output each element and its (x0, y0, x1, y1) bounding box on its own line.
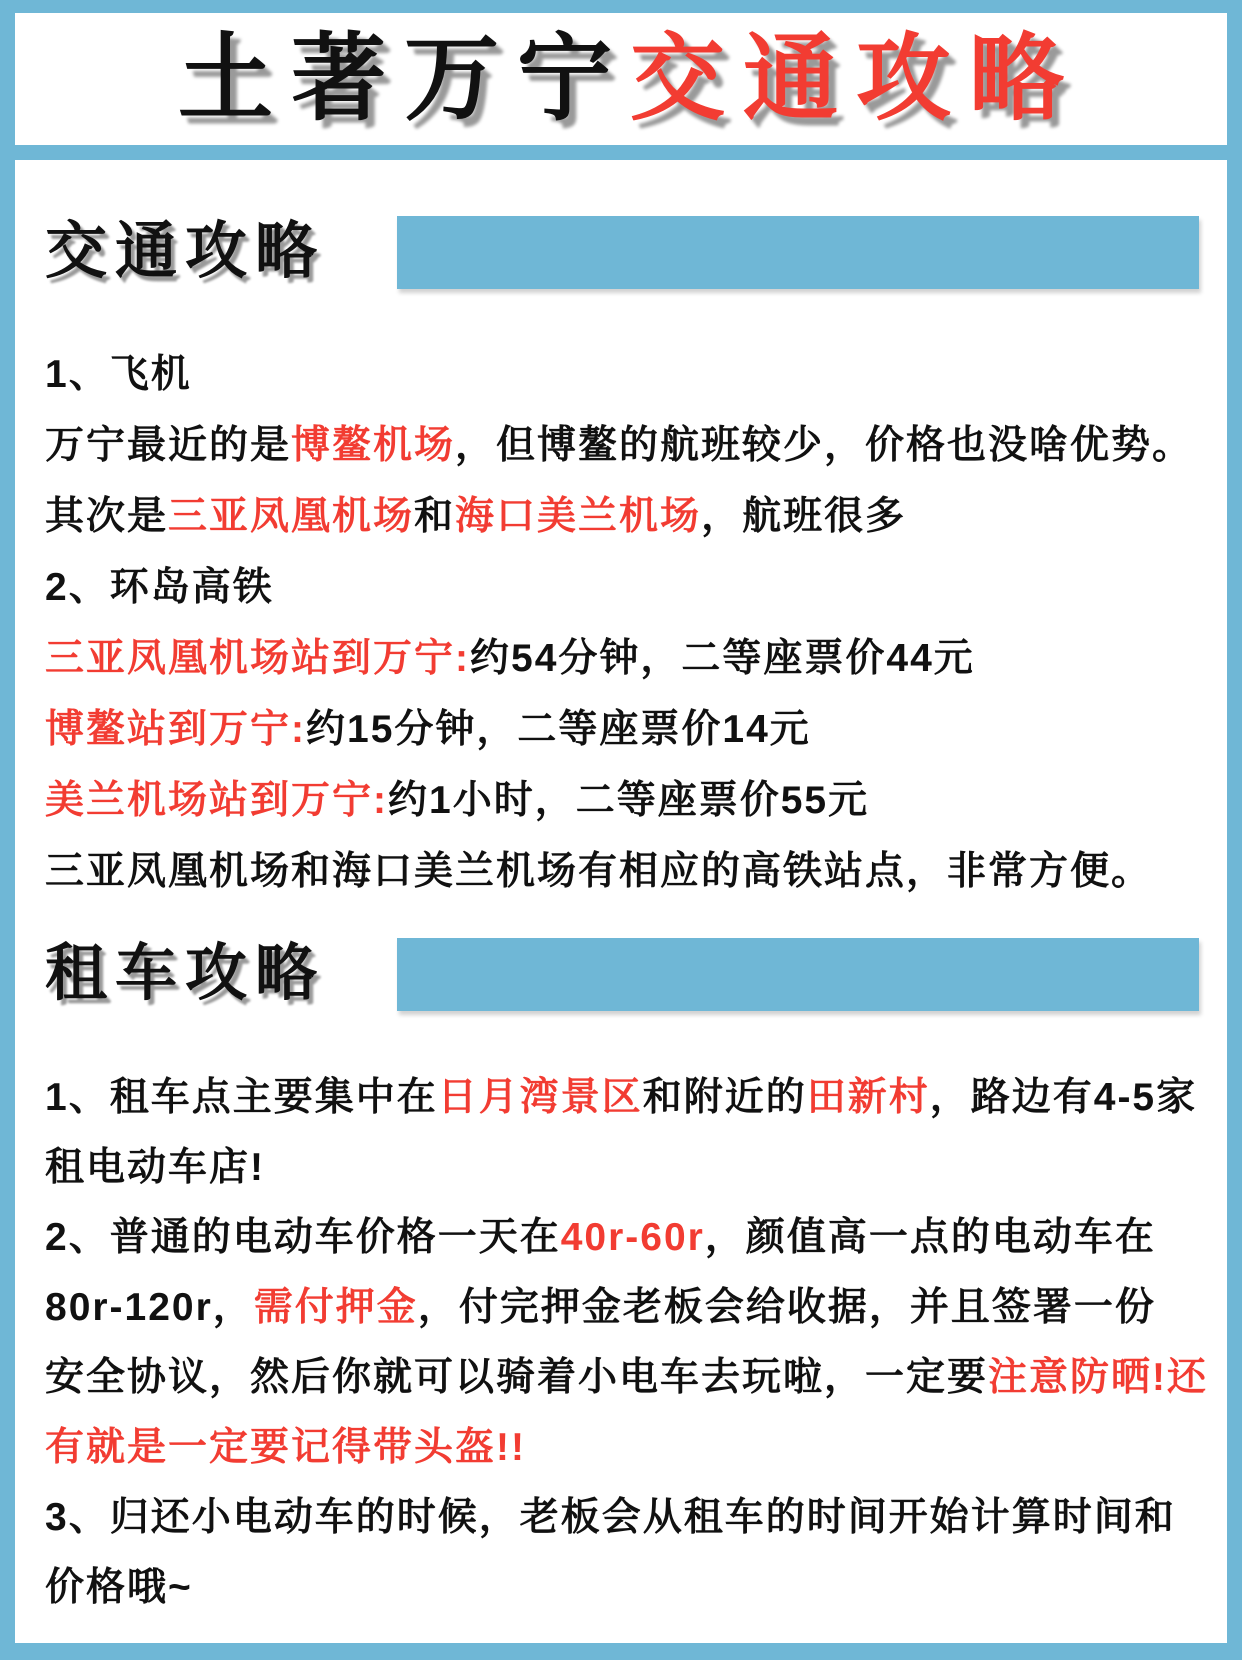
text-line: 租电动车店! (45, 1132, 1199, 1202)
body-text: 约54分钟，二等座票价44元 (470, 639, 975, 678)
highlight-text: 三亚凤凰机场站到万宁: (45, 639, 470, 678)
heading-accent-bar (397, 938, 1199, 1011)
highlight-text: 有就是一定要记得带头盔!! (45, 1428, 526, 1467)
text-line: 1、租车点主要集中在日月湾景区和附近的田新村，路边有4-5家 (45, 1062, 1199, 1132)
highlight-text: 田新村 (807, 1078, 930, 1117)
body-text: 三亚凤凰机场和海口美兰机场有相应的高铁站点，非常方便。 (45, 852, 1152, 891)
highlight-text: 博鳌机场 (291, 426, 455, 465)
text-line: 2、环岛高铁 (45, 552, 1199, 623)
highlight-text: 美兰机场站到万宁: (45, 781, 388, 820)
section-heading-row: 交通攻略 (45, 215, 1199, 289)
highlight-text: 三亚凤凰机场 (168, 497, 414, 536)
body-text: ，颜值高一点的电动车在 (705, 1218, 1156, 1257)
body-text: 和 (414, 497, 455, 536)
highlight-text: 40r-60r (561, 1218, 705, 1257)
text-line: 其次是三亚凤凰机场和海口美兰机场，航班很多 (45, 481, 1199, 552)
section-heading-rental: 租车攻略 (45, 943, 397, 1005)
text-line: 三亚凤凰机场和海口美兰机场有相应的高铁站点，非常方便。 (45, 836, 1199, 907)
poster: 土著万宁交通攻略 交通攻略 1、飞机万宁最近的是博鳌机场，但博鳌的航班较少，价格… (0, 0, 1242, 1660)
body-text: 1、租车点主要集中在 (45, 1078, 438, 1117)
section-lines-rental: 1、租车点主要集中在日月湾景区和附近的田新村，路边有4-5家租电动车店!2、普通… (45, 1062, 1199, 1622)
body-text: ，付完押金老板会给收据，并且签署一份 (418, 1288, 1156, 1327)
section-rental: 租车攻略 1、租车点主要集中在日月湾景区和附近的田新村，路边有4-5家租电动车店… (45, 937, 1199, 1622)
body-text: 80r-120r， (45, 1288, 254, 1327)
page-title: 土著万宁交通攻略 (160, 32, 1082, 127)
body-text: 和附近的 (643, 1078, 807, 1117)
poster-body: 交通攻略 1、飞机万宁最近的是博鳌机场，但博鳌的航班较少，价格也没啥优势。其次是… (15, 160, 1227, 1643)
body-text: 约1小时，二等座票价55元 (388, 781, 869, 820)
text-line: 有就是一定要记得带头盔!! (45, 1412, 1199, 1482)
body-text: 2、环岛高铁 (45, 568, 274, 607)
heading-accent-bar (397, 216, 1199, 289)
text-line: 2、普通的电动车价格一天在40r-60r，颜值高一点的电动车在 (45, 1202, 1199, 1272)
section-traffic: 交通攻略 1、飞机万宁最近的是博鳌机场，但博鳌的航班较少，价格也没啥优势。其次是… (45, 215, 1199, 907)
body-text: 安全协议，然后你就可以骑着小电车去玩啦，一定要 (45, 1358, 988, 1397)
body-text: ，路边有4-5家 (930, 1078, 1197, 1117)
highlight-text: 需付押金 (254, 1288, 418, 1327)
body-text: 万宁最近的是 (45, 426, 291, 465)
body-text: 约15分钟，二等座票价14元 (306, 710, 811, 749)
body-text: 2、普通的电动车价格一天在 (45, 1218, 561, 1257)
text-line: 价格哦~ (45, 1552, 1199, 1622)
text-line: 1、飞机 (45, 339, 1199, 410)
text-line: 博鳌站到万宁:约15分钟，二等座票价14元 (45, 694, 1199, 765)
body-text: 其次是 (45, 497, 168, 536)
title-black-part: 土著万宁 (178, 26, 630, 132)
text-line: 安全协议，然后你就可以骑着小电车去玩啦，一定要注意防晒!还 (45, 1342, 1199, 1412)
body-text: 1、飞机 (45, 355, 192, 394)
section-heading-row: 租车攻略 (45, 937, 1199, 1011)
section-lines-traffic: 1、飞机万宁最近的是博鳌机场，但博鳌的航班较少，价格也没啥优势。其次是三亚凤凰机… (45, 339, 1199, 907)
text-line: 三亚凤凰机场站到万宁:约54分钟，二等座票价44元 (45, 623, 1199, 694)
highlight-text: 日月湾景区 (438, 1078, 643, 1117)
body-text: ，航班很多 (701, 497, 906, 536)
text-line: 美兰机场站到万宁:约1小时，二等座票价55元 (45, 765, 1199, 836)
text-line: 80r-120r，需付押金，付完押金老板会给收据，并且签署一份 (45, 1272, 1199, 1342)
highlight-text: 注意防晒!还 (988, 1358, 1208, 1397)
body-text: 价格哦~ (45, 1568, 193, 1607)
text-line: 3、归还小电动车的时候，老板会从租车的时间开始计算时间和 (45, 1482, 1199, 1552)
highlight-text: 博鳌站到万宁: (45, 710, 306, 749)
title-red-part: 交通攻略 (630, 26, 1082, 132)
body-text: 3、归还小电动车的时候，老板会从租车的时间开始计算时间和 (45, 1498, 1176, 1537)
body-text: ，但博鳌的航班较少，价格也没啥优势。 (455, 426, 1193, 465)
body-text: 租电动车店! (45, 1148, 265, 1187)
text-line: 万宁最近的是博鳌机场，但博鳌的航班较少，价格也没啥优势。 (45, 410, 1199, 481)
section-heading-traffic: 交通攻略 (45, 221, 397, 283)
highlight-text: 海口美兰机场 (455, 497, 701, 536)
poster-header: 土著万宁交通攻略 (15, 13, 1227, 145)
